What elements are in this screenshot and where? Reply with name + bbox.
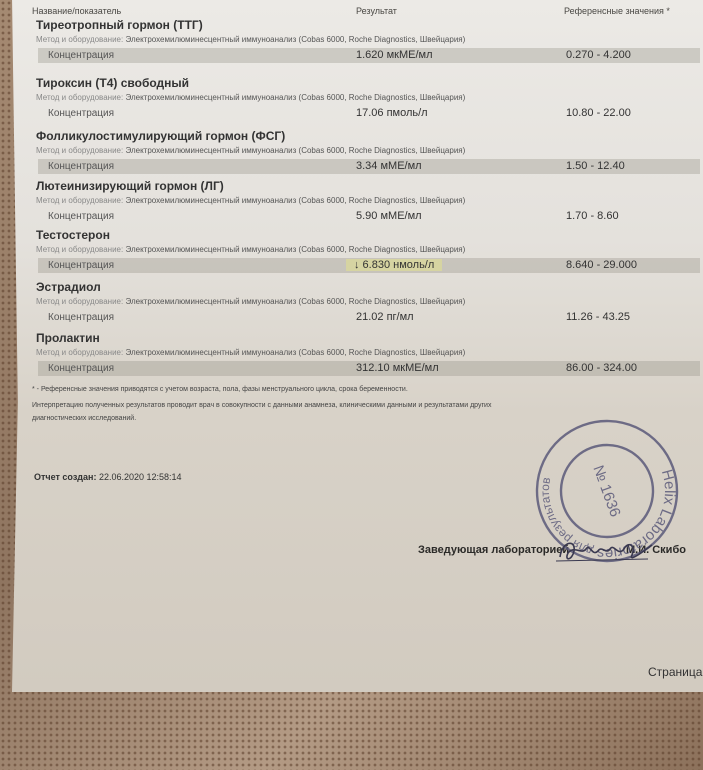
table-row: Концентрация312.10 мкМЕ/мл86.00 - 324.00	[38, 361, 700, 376]
report-created: Отчет создан: 22.06.2020 12:58:14	[34, 472, 182, 482]
method-label: Метод и оборудование:	[36, 297, 123, 306]
result-value: 1.620 мкМЕ/мл	[356, 49, 433, 61]
reference-range: 10.80 - 22.00	[566, 107, 631, 119]
lab-report-page: Название/показатель Результат Референсны…	[12, 0, 703, 692]
method-value: Электрохемилюминесцентный иммуноанализ (…	[125, 245, 465, 254]
reference-note: * - Референсные значения приводятся с уч…	[32, 386, 408, 393]
test-method: Метод и оборудование: Электрохемилюминес…	[36, 245, 465, 254]
result-value: 17.06 пмоль/л	[356, 107, 428, 119]
method-label: Метод и оборудование:	[36, 348, 123, 357]
test-method: Метод и оборудование: Электрохемилюминес…	[36, 35, 465, 44]
column-header-reference: Референсные значения *	[564, 6, 670, 16]
test-title: Тестостерон	[36, 228, 110, 242]
reference-range: 1.50 - 12.40	[566, 160, 625, 172]
stamp-number: № 1636	[589, 463, 623, 519]
test-method: Метод и оборудование: Электрохемилюминес…	[36, 348, 465, 357]
method-value: Электрохемилюминесцентный иммуноанализ (…	[125, 196, 465, 205]
reference-range: 1.70 - 8.60	[566, 210, 619, 222]
column-header-result: Результат	[356, 6, 397, 16]
table-row: Концентрация1.620 мкМЕ/мл0.270 - 4.200	[38, 48, 700, 63]
table-row: Концентрация5.90 мМЕ/мл1.70 - 8.60	[38, 209, 700, 224]
interpretation-note-cont: диагностических исследований.	[32, 415, 136, 422]
signature-icon	[552, 531, 662, 571]
result-value: 5.90 мМЕ/мл	[356, 210, 422, 222]
interpretation-note: Интерпретацию полученных результатов про…	[32, 402, 491, 409]
page-label: Страница	[648, 665, 702, 679]
test-title: Тиреотропный гормон (ТТГ)	[36, 18, 203, 32]
result-value: 312.10 мкМЕ/мл	[356, 362, 439, 374]
table-row: Концентрация↓ 6.830 нмоль/л8.640 - 29.00…	[38, 258, 700, 273]
parameter-name: Концентрация	[48, 50, 114, 61]
test-method: Метод и оборудование: Электрохемилюминес…	[36, 146, 465, 155]
test-title: Тироксин (Т4) свободный	[36, 76, 189, 90]
column-header-name: Название/показатель	[32, 6, 121, 16]
result-value: 21.02 пг/мл	[356, 311, 414, 323]
method-label: Метод и оборудование:	[36, 35, 123, 44]
test-method: Метод и оборудование: Электрохемилюминес…	[36, 93, 465, 102]
result-value: ↓ 6.830 нмоль/л	[346, 259, 442, 271]
parameter-name: Концентрация	[48, 363, 114, 374]
parameter-name: Концентрация	[48, 260, 114, 271]
method-value: Электрохемилюминесцентный иммуноанализ (…	[125, 93, 465, 102]
method-label: Метод и оборудование:	[36, 245, 123, 254]
parameter-name: Концентрация	[48, 211, 114, 222]
table-row: Концентрация3.34 мМЕ/мл1.50 - 12.40	[38, 159, 700, 174]
test-title: Лютеинизирующий гормон (ЛГ)	[36, 179, 224, 193]
test-title: Эстрадиол	[36, 280, 101, 294]
method-value: Электрохемилюминесцентный иммуноанализ (…	[125, 297, 465, 306]
test-title: Фолликулостимулирующий гормон (ФСГ)	[36, 129, 285, 143]
report-created-value: 22.06.2020 12:58:14	[99, 472, 182, 482]
method-value: Электрохемилюминесцентный иммуноанализ (…	[125, 35, 465, 44]
parameter-name: Концентрация	[48, 108, 114, 119]
reference-range: 11.26 - 43.25	[566, 311, 630, 323]
parameter-name: Концентрация	[48, 161, 114, 172]
parameter-name: Концентрация	[48, 312, 114, 323]
test-title: Пролактин	[36, 331, 100, 345]
result-value: 3.34 мМЕ/мл	[356, 160, 422, 172]
method-label: Метод и оборудование:	[36, 196, 123, 205]
reference-range: 0.270 - 4.200	[566, 49, 631, 61]
reference-range: 8.640 - 29.000	[566, 259, 637, 271]
test-method: Метод и оборудование: Электрохемилюминес…	[36, 196, 465, 205]
test-method: Метод и оборудование: Электрохемилюминес…	[36, 297, 465, 306]
table-row: Концентрация21.02 пг/мл11.26 - 43.25	[38, 310, 700, 325]
method-value: Электрохемилюминесцентный иммуноанализ (…	[125, 348, 465, 357]
reference-range: 86.00 - 324.00	[566, 362, 637, 374]
table-row: Концентрация17.06 пмоль/л10.80 - 22.00	[38, 106, 700, 121]
method-value: Электрохемилюминесцентный иммуноанализ (…	[125, 146, 465, 155]
method-label: Метод и оборудование:	[36, 93, 123, 102]
method-label: Метод и оборудование:	[36, 146, 123, 155]
report-created-label: Отчет создан:	[34, 472, 96, 482]
